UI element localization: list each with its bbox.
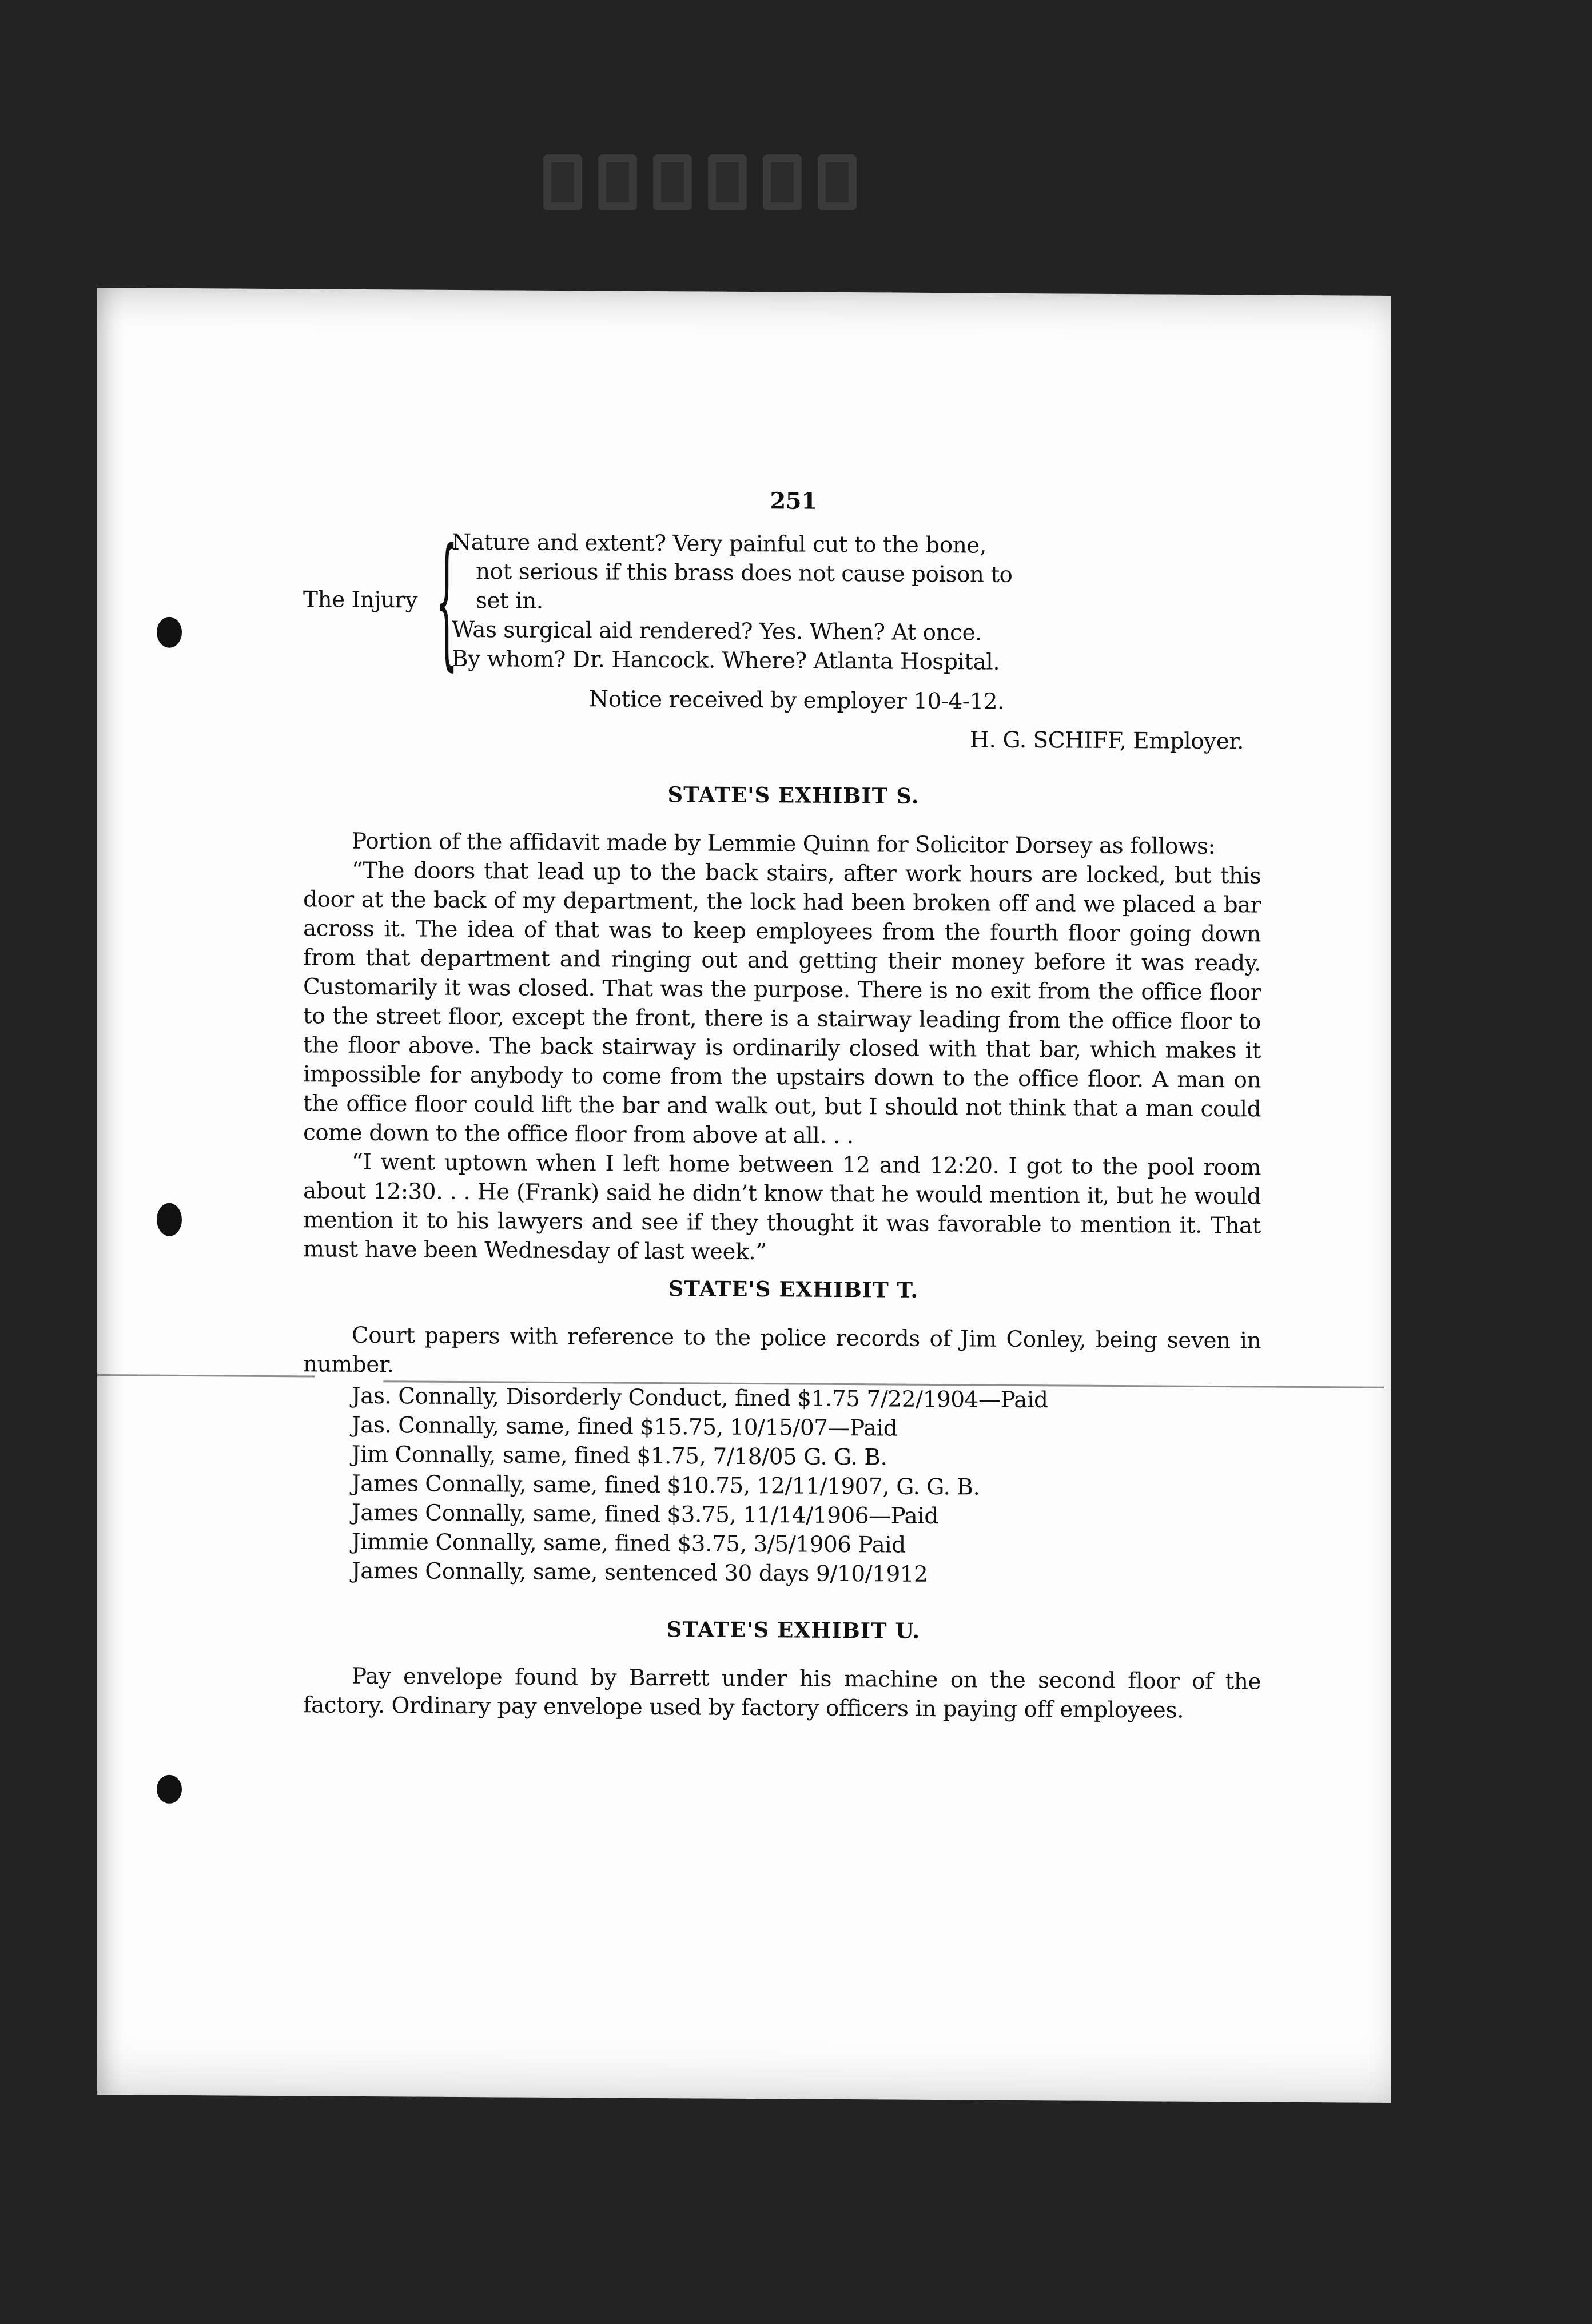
punch-hole-middle [157,1203,182,1236]
exhibit-u-heading: STATE'S EXHIBIT U. [303,1613,1261,1648]
injury-line: not serious if this brass does not cause… [452,557,1035,590]
film-frame-marker [543,154,857,210]
page-content: 251 The Injury { Nature and extent? Very… [303,483,1261,1725]
injury-line: By whom? Dr. Hancock. Where? Atlanta Hos… [452,644,1035,677]
scanned-page: 251 The Injury { Nature and extent? Very… [97,288,1391,2103]
police-records-list: Jas. Connally, Disorderly Conduct, fined… [303,1381,1261,1591]
exhibit-s-quote-2: “I went uptown when I left home between … [303,1147,1261,1270]
injury-section: The Injury { Nature and extent? Very pai… [303,527,1261,678]
brace-icon: { [435,529,440,672]
exhibit-s-quote-1: “The doors that lead up to the back stai… [303,855,1261,1153]
exhibit-t-heading: STATE'S EXHIBIT T. [303,1272,1261,1307]
exhibit-t-intro: Court papers with reference to the polic… [303,1320,1261,1384]
exhibit-u-text: Pay envelope found by Barrett under his … [303,1661,1261,1725]
employer-signature: H. G. SCHIFF, Employer. [303,721,1261,756]
punch-hole-bottom [157,1775,182,1804]
injury-details: Nature and extent? Very painful cut to t… [452,528,1035,677]
exhibit-s-heading: STATE'S EXHIBIT S. [303,778,1261,813]
notice-line: Notice received by employer 10-4-12. [303,683,1261,718]
scan-line [97,1374,315,1377]
punch-hole-top [157,617,182,648]
injury-line: Was surgical aid rendered? Yes. When? At… [452,615,1035,648]
injury-line: Nature and extent? Very painful cut to t… [452,528,1035,560]
page-number: 251 [303,483,1261,518]
injury-label: The Injury [303,585,429,615]
record-item: James Connally, same, sentenced 30 days … [352,1557,1261,1591]
injury-line: set in. [452,586,1035,619]
